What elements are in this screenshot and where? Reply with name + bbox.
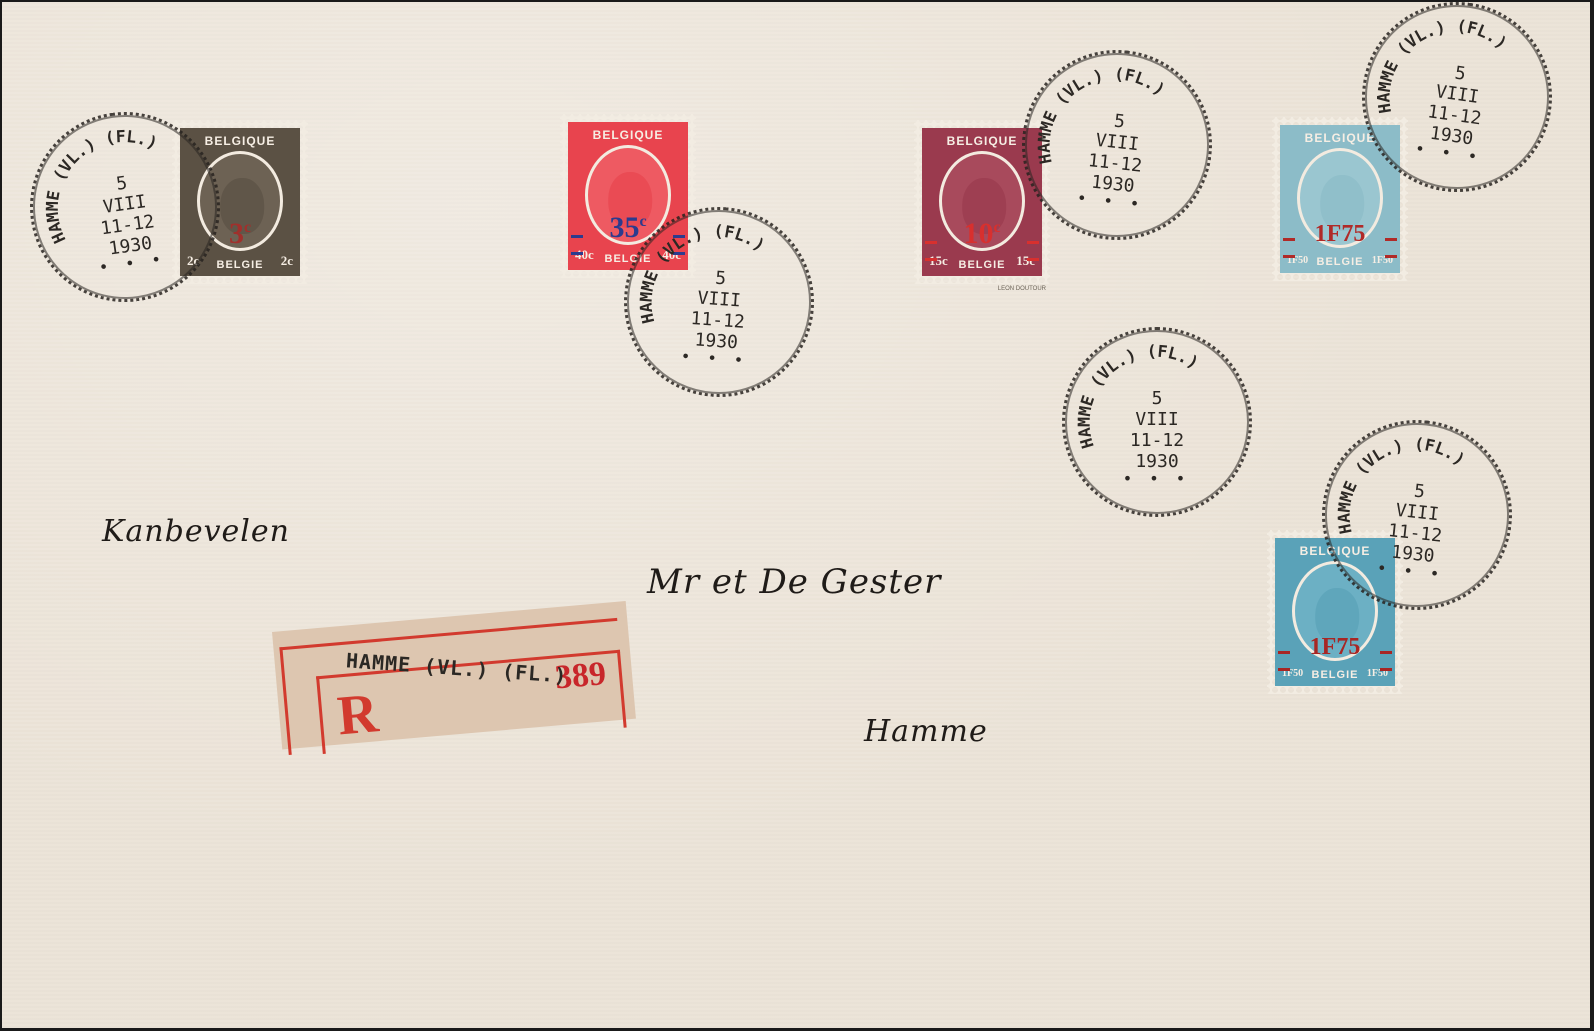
- postmark: HAMME (VL.) (FL.) 5VIII11-121930 • • •: [1313, 411, 1522, 620]
- registration-label: R 389 HAMME (VL.) (FL.): [272, 601, 636, 749]
- recipient-name: Mr et De Gester: [647, 562, 941, 602]
- stamp-country-bottom: BELGIE: [1278, 669, 1392, 681]
- sender-line: Kanbevelen: [102, 514, 290, 549]
- postmark: HAMME (VL.) (FL.) 5VIII11-121930 • • •: [1013, 41, 1222, 250]
- surcharge: 1F75: [1278, 634, 1392, 661]
- envelope: BELGIQUE 2c 2c BELGIE 3c BELGIQUE 40c 40…: [2, 2, 1590, 1028]
- postmark: HAMME (VL.) (FL.) 5VIII11-121930 • • •: [1062, 327, 1252, 517]
- stamp-country-bottom: BELGIE: [1283, 256, 1397, 268]
- recipient-town: Hamme: [864, 714, 988, 749]
- registration-letter: R: [335, 681, 381, 748]
- stamp-imprint: LEON DOUTOUR: [998, 286, 1046, 292]
- surcharge: 1F75: [1283, 221, 1397, 248]
- postmark: HAMME (VL.) (FL.) 5VIII11-121930 • • •: [1350, 0, 1565, 204]
- stamp-country-top: BELGIQUE: [571, 128, 685, 142]
- stamp-country-bottom: BELGIE: [925, 259, 1039, 271]
- postmark: HAMME (VL.) (FL.) 5VIII11-121930 • • •: [618, 201, 821, 404]
- postmark: HAMME (VL.) (FL.) 5VIII11-121930 • • •: [18, 100, 233, 315]
